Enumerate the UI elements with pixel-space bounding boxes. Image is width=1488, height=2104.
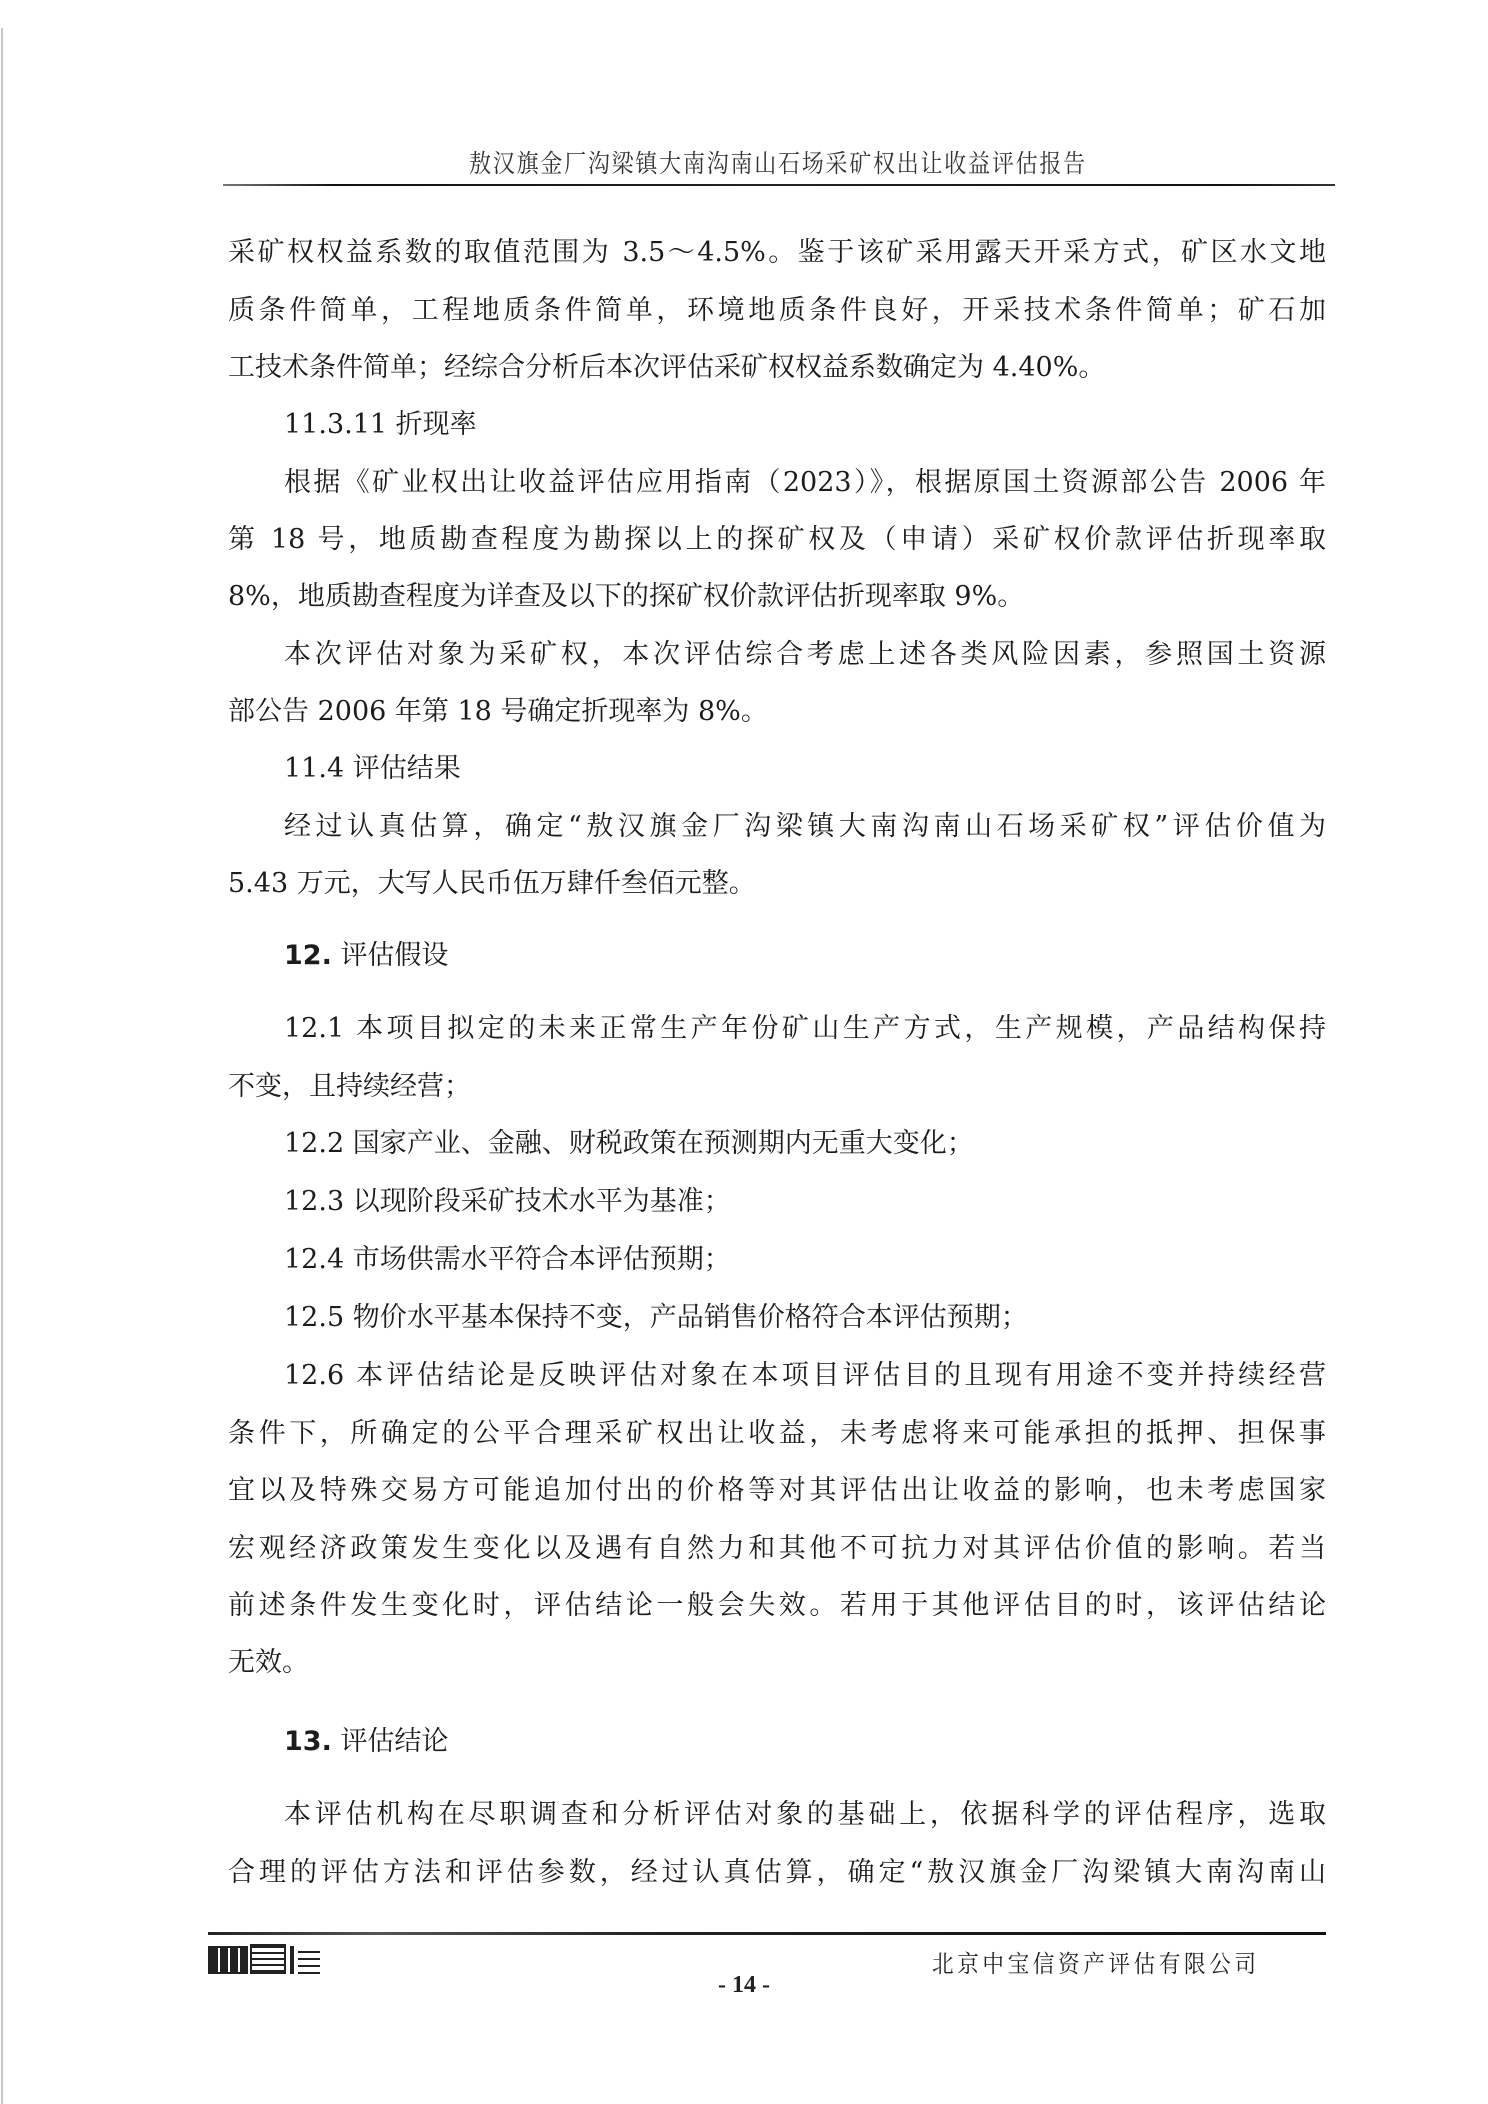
- logo-mark-xin: [298, 1946, 320, 1974]
- logo-mark-bar: [290, 1946, 294, 1974]
- section-number: 12.: [284, 940, 332, 971]
- assumption-item-12-3: 12.3 以现阶段采矿技术水平为基准；: [284, 1185, 1326, 1219]
- assumption-item-12-5: 12.5 物价水平基本保持不变，产品销售价格符合本评估预期；: [284, 1301, 1326, 1335]
- paragraph-line: 前述条件发生变化时，评估结论一般会失效。若用于其他评估目的时，该评估结论: [228, 1589, 1326, 1623]
- paragraph-line: 不变，且持续经营；: [228, 1070, 1326, 1104]
- section-number: 13.: [284, 1726, 332, 1757]
- section-heading-12: 12. 评估假设: [284, 939, 1326, 973]
- header-rule: [223, 184, 1335, 186]
- footer-rule: [208, 1932, 1326, 1935]
- assumption-item-12-4: 12.4 市场供需水平符合本评估预期；: [284, 1243, 1326, 1277]
- subsection-heading-11-3-11: 11.3.11 折现率: [284, 408, 1326, 442]
- page-number: - 14 -: [0, 1972, 1488, 1999]
- paragraph-line: 8%，地质勘查程度为详查及以下的探矿权价款评估折现率取 9%。: [228, 580, 1326, 614]
- assumption-item-12-6: 12.6 本评估结论是反映评估对象在本项目评估目的且现有用途不变并持续经营: [284, 1359, 1326, 1393]
- paragraph-line: 宏观经济政策发生变化以及遇有自然力和其他不可抗力对其评估价值的影响。若当: [228, 1532, 1326, 1566]
- paragraph-line: 宜以及特殊交易方可能追加付出的价格等对其评估出让收益的影响，也未考虑国家: [228, 1474, 1326, 1508]
- paragraph-line: 条件下，所确定的公平合理采矿权出让收益，未考虑将来可能承担的抵押、担保事: [228, 1417, 1326, 1451]
- paragraph-line: 本评估机构在尽职调查和分析评估对象的基础上，依据科学的评估程序，选取: [284, 1798, 1326, 1832]
- section-title: 评估结论: [340, 1726, 448, 1757]
- assumption-item-12-1: 12.1 本项目拟定的未来正常生产年份矿山生产方式，生产规模，产品结构保持: [284, 1012, 1326, 1046]
- assumption-item-12-2: 12.2 国家产业、金融、财税政策在预测期内无重大变化；: [284, 1127, 1326, 1161]
- section-heading-13: 13. 评估结论: [284, 1725, 1326, 1759]
- logo-mark-zhong: [208, 1946, 248, 1974]
- section-title: 评估假设: [340, 940, 448, 971]
- paragraph-line: 无效。: [228, 1646, 1326, 1680]
- paragraph-line: 质条件简单，工程地质条件简单，环境地质条件良好，开采技术条件简单；矿石加: [228, 294, 1326, 328]
- paragraph-line: 采矿权权益系数的取值范围为 3.5～4.5%。鉴于该矿采用露天开采方式，矿区水文…: [228, 236, 1326, 270]
- paragraph-line: 本次评估对象为采矿权，本次评估综合考虑上述各类风险因素，参照国土资源: [284, 638, 1326, 672]
- logo-mark-bao: [250, 1944, 286, 1974]
- paragraph-line: 根据《矿业权出让收益评估应用指南（2023）》，根据原国土资源部公告 2006 …: [284, 466, 1326, 500]
- paragraph-line: 第 18 号，地质勘查程度为勘探以上的探矿权及（申请）采矿权价款评估折现率取: [228, 523, 1326, 557]
- paragraph-line: 合理的评估方法和评估参数，经过认真估算，确定“敖汉旗金厂沟梁镇大南沟南山: [228, 1856, 1326, 1890]
- scan-edge: [1, 28, 3, 2104]
- company-logo: [208, 1942, 326, 1976]
- subsection-heading-11-4: 11.4 评估结果: [284, 752, 1326, 786]
- report-header-title: 敖汉旗金厂沟梁镇大南沟南山石场采矿权出让收益评估报告: [289, 144, 1268, 180]
- paragraph-line: 5.43 万元，大写人民币伍万肆仟叁佰元整。: [228, 867, 1326, 901]
- paragraph-line: 部公告 2006 年第 18 号确定折现率为 8%。: [228, 695, 1326, 729]
- paragraph-line: 工技术条件简单；经综合分析后本次评估采矿权权益系数确定为 4.40%。: [228, 351, 1326, 385]
- paragraph-line: 经过认真估算，确定“敖汉旗金厂沟梁镇大南沟南山石场采矿权”评估价值为: [284, 810, 1326, 844]
